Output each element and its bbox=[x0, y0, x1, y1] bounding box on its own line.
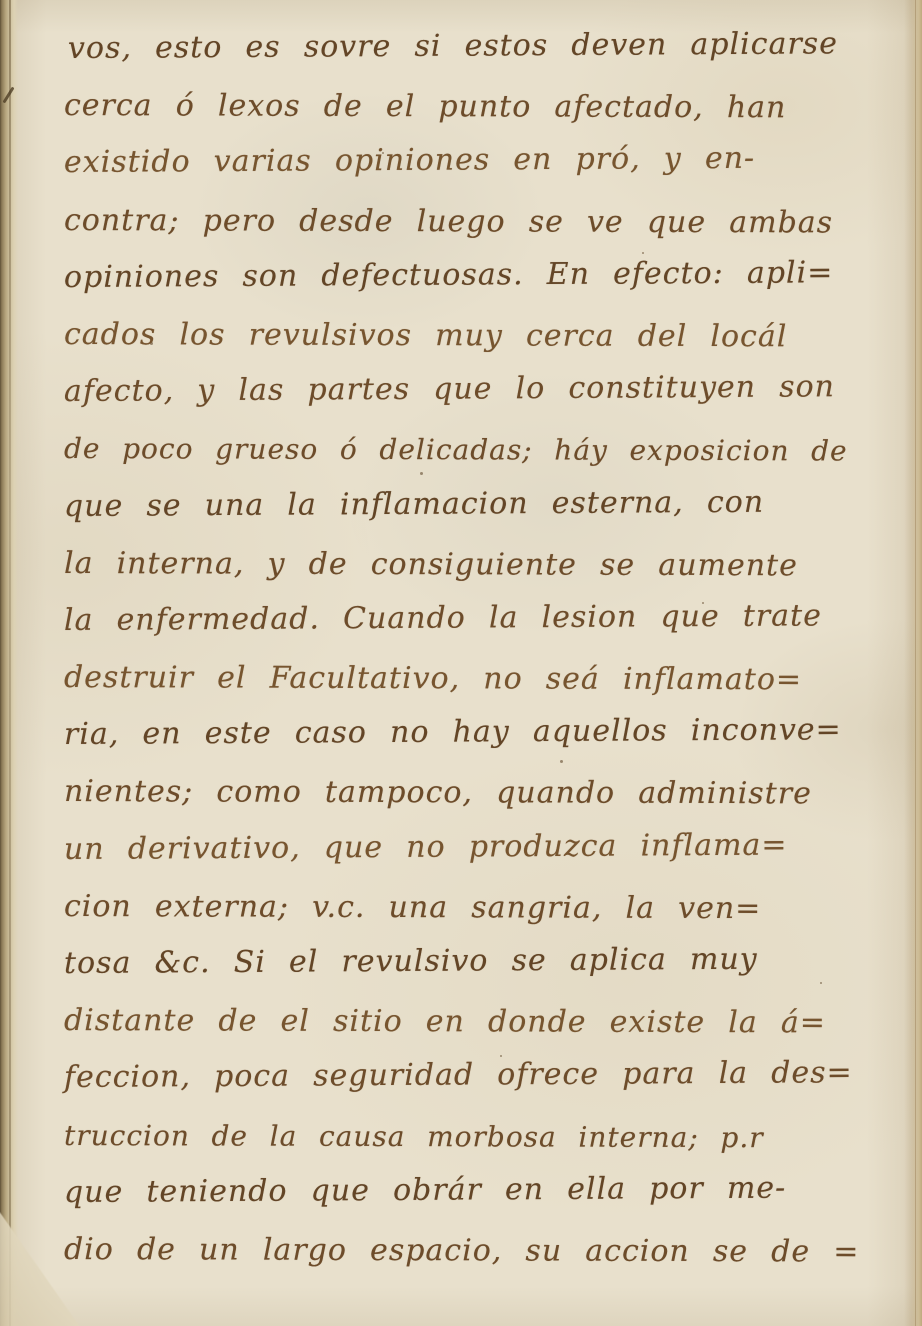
manuscript-line: afecto, y las partes que lo constituyen … bbox=[64, 358, 896, 420]
manuscript-line: ria, en este caso no hay aquellos inconv… bbox=[64, 701, 896, 763]
manuscript-line: opiniones son defectuosas. En efecto: ap… bbox=[64, 244, 896, 306]
page-right-edge-line bbox=[915, 0, 916, 1326]
manuscript-line: cerca ó lexos de el punto afectado, han bbox=[64, 77, 896, 137]
manuscript-line: vos, esto es sovre si estos deven aplica… bbox=[68, 15, 896, 77]
manuscript-line: contra; pero desde luego se ve que ambas bbox=[64, 192, 896, 252]
manuscript-line: feccion, poca seguridad ofrece para la d… bbox=[64, 1044, 896, 1106]
manuscript-line: truccion de la causa morbosa interna; p.… bbox=[64, 1107, 896, 1167]
manuscript-line: destruir el Facultativo, no seá inflamat… bbox=[64, 649, 896, 709]
manuscript-line: nientes; como tampoco, quando administre bbox=[64, 763, 896, 823]
manuscript-line: que se una la inflamacion esterna, con bbox=[64, 472, 896, 534]
page-left-crease bbox=[9, 0, 11, 1326]
manuscript-line: tosa &c. Si el revulsivo se aplica muy bbox=[64, 930, 896, 992]
manuscript-line: cion externa; v.c. una sangria, la ven= bbox=[64, 878, 896, 938]
manuscript-line: la enfermedad. Cuando la lesion que trat… bbox=[64, 587, 896, 649]
manuscript-line: la interna, y de consiguiente se aumente bbox=[64, 535, 896, 595]
manuscript-line: existido varias opiniones en pró, y en- bbox=[64, 129, 896, 191]
manuscript-line: que teniendo que obrár en ella por me- bbox=[64, 1159, 896, 1221]
manuscript-line: cados los revulsivos muy cerca del locál bbox=[64, 306, 896, 366]
page-right-edge bbox=[904, 0, 922, 1326]
manuscript-line: de poco grueso ó delicadas; háy exposici… bbox=[64, 420, 896, 480]
manuscript-page: vos, esto es sovre si estos deven aplica… bbox=[0, 0, 922, 1326]
manuscript-text: vos, esto es sovre si estos deven aplica… bbox=[64, 20, 896, 1278]
manuscript-line: dio de un largo espacio, su accion se de… bbox=[64, 1221, 896, 1281]
manuscript-line: distante de el sitio en donde existe la … bbox=[64, 992, 896, 1052]
manuscript-line: un derivativo, que no produzca inflama= bbox=[64, 816, 896, 878]
